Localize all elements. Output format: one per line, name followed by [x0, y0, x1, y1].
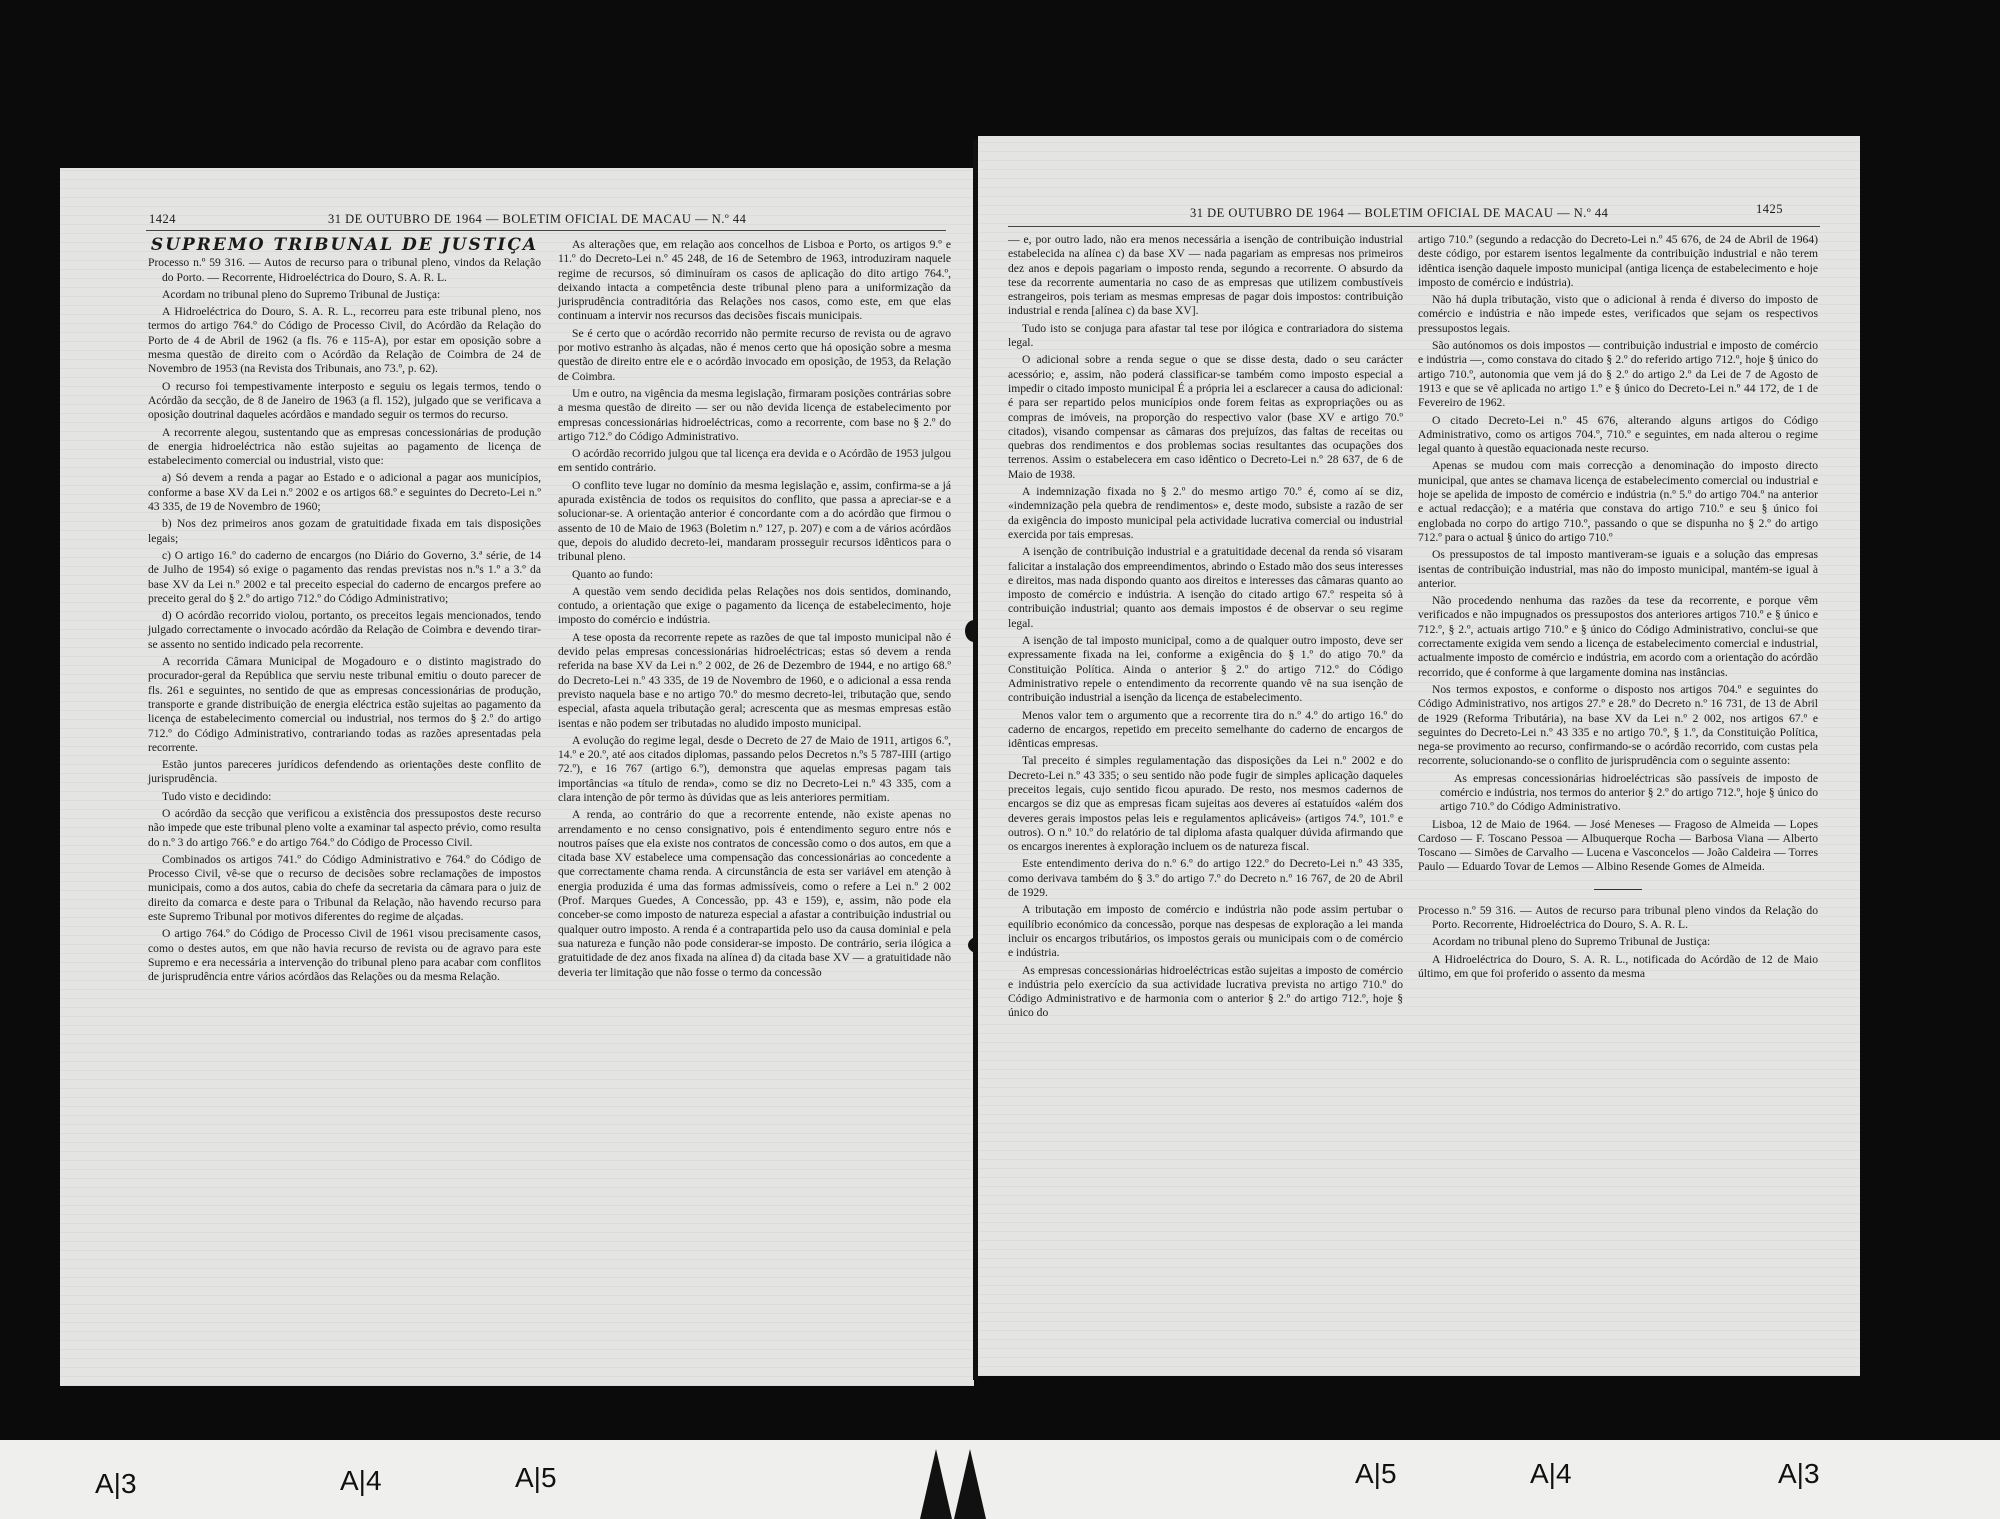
paragraph: As empresas concessionárias hidroeléctri… — [1008, 964, 1403, 1021]
paragraph: Processo n.º 59 316. — Autos de recurso … — [148, 256, 541, 285]
paragraph: A tributação em imposto de comércio e in… — [1008, 903, 1403, 960]
paragraph: São autónomos os dois impostos — contrib… — [1418, 339, 1818, 410]
paragraph: Tal preceito é simples regulamentação da… — [1008, 754, 1403, 854]
paragraph: b) Nos dez primeiros anos gozam de gratu… — [148, 517, 541, 546]
header-rule-left — [146, 230, 946, 231]
running-head-left: 31 DE OUTUBRO DE 1964 — BOLETIM OFICIAL … — [328, 212, 746, 227]
paragraph: Acordam no tribunal pleno do Supremo Tri… — [1418, 935, 1818, 949]
film-mark: A|5 — [1355, 1458, 1397, 1490]
film-margin-band — [0, 1440, 2000, 1519]
page-number-right: 1425 — [1756, 202, 1783, 217]
signatures: Lisboa, 12 de Maio de 1964. — José Menes… — [1418, 818, 1818, 875]
right-page: 31 DE OUTUBRO DE 1964 — BOLETIM OFICIAL … — [978, 136, 1860, 1376]
paragraph: d) O acórdão recorrido violou, portanto,… — [148, 609, 541, 652]
center-marker-right — [954, 1449, 986, 1519]
paragraph: Um e outro, na vigência da mesma legisla… — [558, 387, 951, 444]
header-rule-right — [1008, 226, 1820, 227]
paragraph: Os pressupostos de tal imposto mantivera… — [1418, 548, 1818, 591]
paragraph: O acórdão recorrido julgou que tal licen… — [558, 447, 951, 476]
paragraph: Combinados os artigos 741.º do Código Ad… — [148, 853, 541, 924]
paragraph: A questão vem sendo decidida pelas Relaç… — [558, 585, 951, 628]
paragraph: A isenção de tal imposto municipal, como… — [1008, 634, 1403, 705]
paragraph: A indemnização fixada no § 2.º do mesmo … — [1008, 485, 1403, 542]
assento-quote: As empresas concessionárias hidroeléctri… — [1418, 772, 1818, 815]
paragraph: Estão juntos pareceres jurídicos defende… — [148, 758, 541, 787]
paragraph: As alterações que, em relação aos concel… — [558, 238, 951, 324]
paragraph: A recorrente alegou, sustentando que as … — [148, 426, 541, 469]
paragraph: Apenas se mudou com mais correcção a den… — [1418, 459, 1818, 545]
running-head-right: 31 DE OUTUBRO DE 1964 — BOLETIM OFICIAL … — [1190, 206, 1608, 221]
film-mark: A|4 — [340, 1465, 382, 1497]
paragraph: Não procedendo nenhuma das razões da tes… — [1418, 594, 1818, 680]
paragraph: O artigo 764.º do Código de Processo Civ… — [148, 927, 541, 984]
paragraph: A renda, ao contrário do que a recorrent… — [558, 808, 951, 980]
paragraph: A recorrida Câmara Municipal de Mogadour… — [148, 655, 541, 755]
paragraph: — e, por outro lado, não era menos neces… — [1008, 233, 1403, 319]
left-page: 1424 31 DE OUTUBRO DE 1964 — BOLETIM OFI… — [60, 168, 974, 1386]
paragraph: Não há dupla tributação, visto que o adi… — [1418, 293, 1818, 336]
paragraph: O recurso foi tempestivamente interposto… — [148, 380, 541, 423]
film-mark: A|4 — [1530, 1458, 1572, 1490]
paragraph: c) O artigo 16.º do caderno de encargos … — [148, 549, 541, 606]
paragraph: a) Só devem a renda a pagar ao Estado e … — [148, 471, 541, 514]
right-column-1: — e, por outro lado, não era menos neces… — [1008, 233, 1403, 1024]
right-column-2: artigo 710.º (segundo a redacção do Decr… — [1418, 233, 1818, 984]
left-column-2: As alterações que, em relação aos concel… — [558, 238, 951, 983]
film-mark: A|5 — [515, 1462, 557, 1494]
paragraph: Nos termos expostos, e conforme o dispos… — [1418, 683, 1818, 769]
section-title: SUPREMO TRIBUNAL DE JUSTIÇA — [148, 238, 541, 252]
paragraph: A Hidroeléctrica do Douro, S. A. R. L., … — [1418, 953, 1818, 982]
paragraph: O citado Decreto-Lei n.º 45 676, alteran… — [1418, 414, 1818, 457]
section-separator — [1594, 889, 1642, 890]
left-column-1: SUPREMO TRIBUNAL DE JUSTIÇA Processo n.º… — [148, 238, 541, 988]
film-mark: A|3 — [95, 1468, 137, 1500]
paragraph: Quanto ao fundo: — [558, 568, 951, 582]
paragraph: O acórdão da secção que verificou a exis… — [148, 807, 541, 850]
paragraph: Acordam no tribunal pleno do Supremo Tri… — [148, 288, 541, 302]
paragraph: A Hidroeléctrica do Douro, S. A. R. L., … — [148, 305, 541, 376]
paragraph: A evolução do regime legal, desde o Decr… — [558, 734, 951, 805]
paragraph: Se é certo que o acórdão recorrido não p… — [558, 327, 951, 384]
paragraph: Este entendimento deriva do n.º 6.º do a… — [1008, 857, 1403, 900]
center-marker-left — [920, 1449, 952, 1519]
paragraph: O adicional sobre a renda segue o que se… — [1008, 353, 1403, 482]
paragraph: Tudo isto se conjuga para afastar tal te… — [1008, 322, 1403, 351]
paragraph: Menos valor tem o argumento que a recorr… — [1008, 709, 1403, 752]
paragraph: Tudo visto e decidindo: — [148, 790, 541, 804]
page-number-left: 1424 — [149, 212, 176, 227]
paragraph: Processo n.º 59 316. — Autos de recurso … — [1418, 904, 1818, 933]
paragraph: O conflito teve lugar no domínio da mesm… — [558, 479, 951, 565]
paragraph: A tese oposta da recorrente repete as ra… — [558, 631, 951, 731]
paragraph: A isenção de contribuição industrial e a… — [1008, 545, 1403, 631]
paragraph: artigo 710.º (segundo a redacção do Decr… — [1418, 233, 1818, 290]
film-mark: A|3 — [1778, 1458, 1820, 1490]
